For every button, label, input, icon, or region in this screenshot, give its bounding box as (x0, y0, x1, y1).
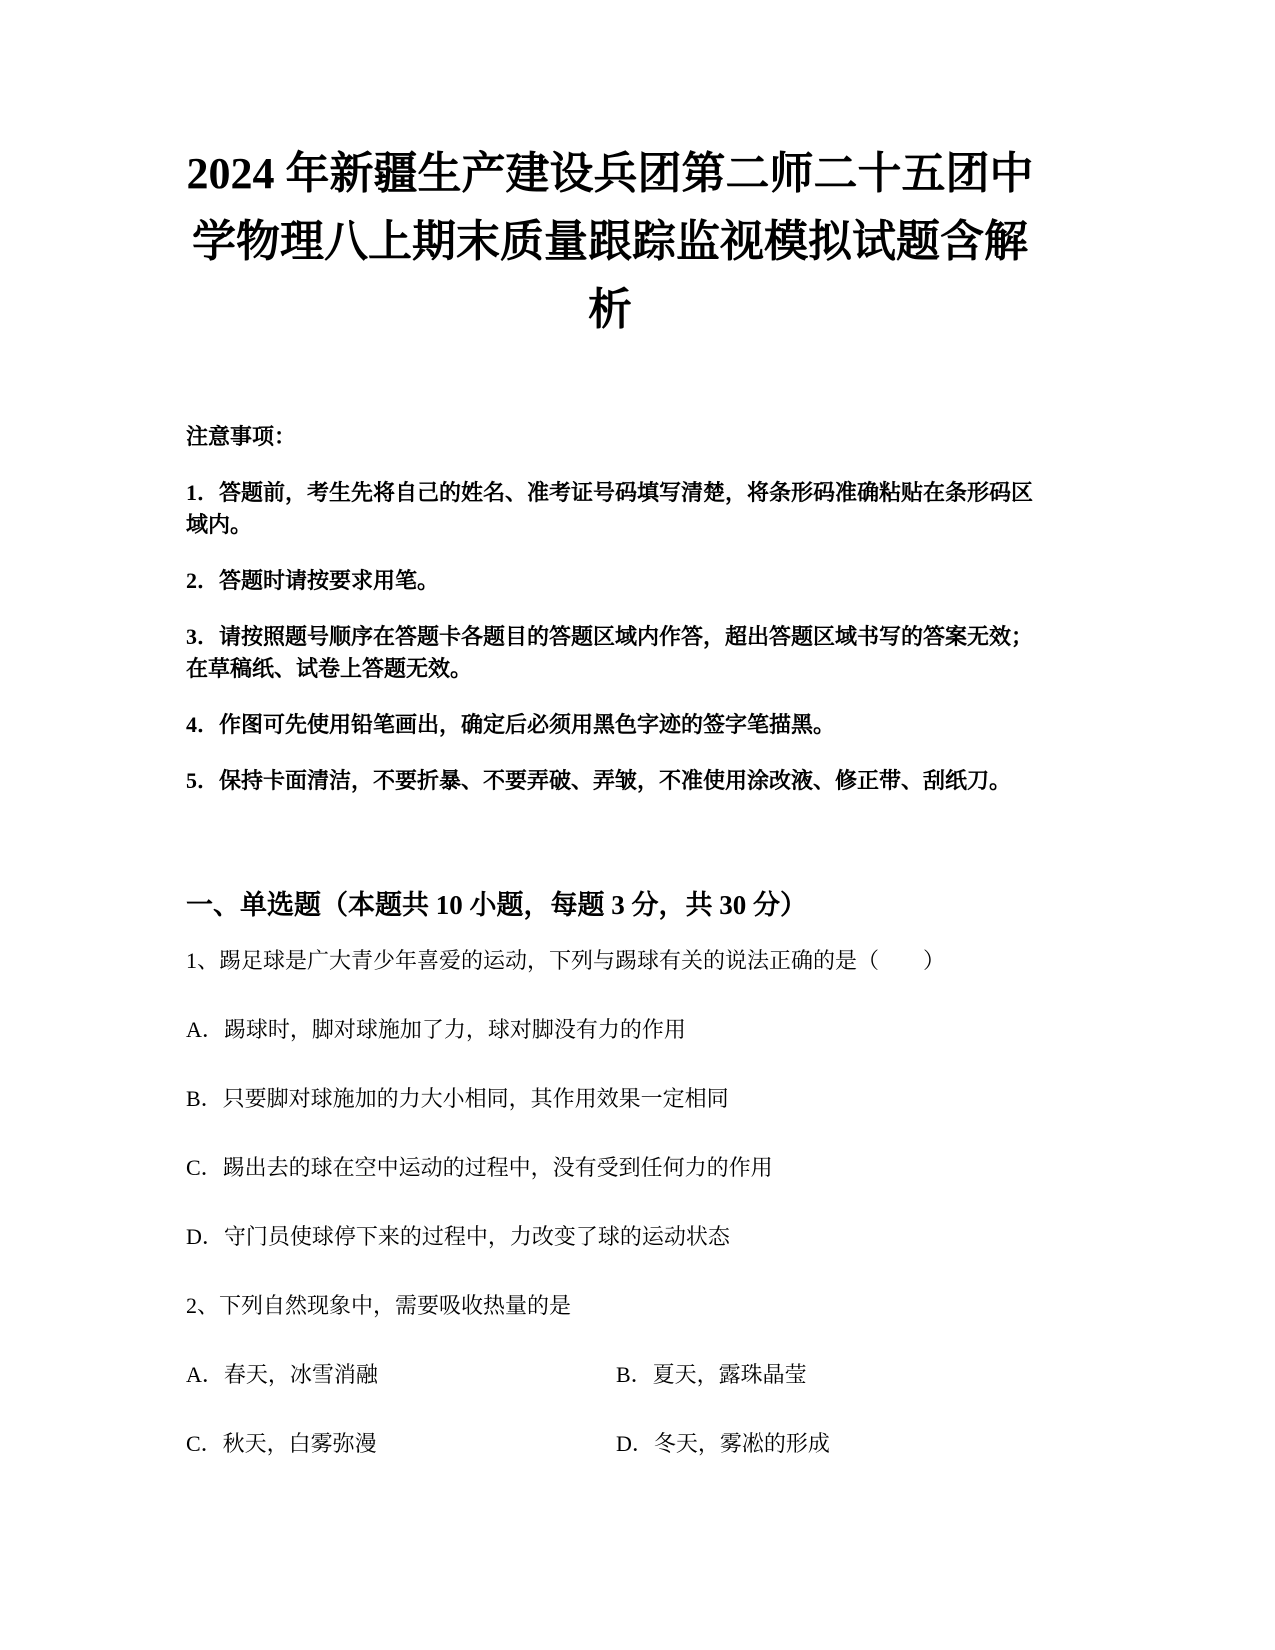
exam-paper-page: 2024 年新疆生产建设兵团第二师二十五团中学物理八上期末质量跟踪监视模拟试题含… (0, 0, 1275, 1650)
question-2-option-d: D．冬天，雾凇的形成 (616, 1428, 830, 1460)
question-1-option-d: D．守门员使球停下来的过程中，力改变了球的运动状态 (186, 1221, 1038, 1253)
question-1-option-a: A．踢球时，脚对球施加了力，球对脚没有力的作用 (186, 1014, 1038, 1046)
question-2-option-b: B．夏天，露珠晶莹 (616, 1359, 807, 1391)
document-body: 注意事项： 1．答题前，考生先将自己的姓名、准考证号码填写清楚，将条形码准确粘贴… (186, 421, 1038, 1460)
document-title: 2024 年新疆生产建设兵团第二师二十五团中学物理八上期末质量跟踪监视模拟试题含… (180, 140, 1040, 344)
notice-item-2: 2．答题时请按要求用笔。 (186, 565, 1038, 597)
notice-item-1: 1．答题前，考生先将自己的姓名、准考证号码填写清楚，将条形码准确粘贴在条形码区域… (186, 477, 1038, 541)
notice-item-4: 4．作图可先使用铅笔画出，确定后必须用黑色字迹的签字笔描黑。 (186, 709, 1038, 741)
question-2-option-a: A．春天，冰雪消融 (186, 1359, 616, 1391)
notice-item-3: 3．请按照题号顺序在答题卡各题目的答题区域内作答，超出答题区域书写的答案无效；在… (186, 621, 1038, 685)
question-2-stem: 2、下列自然现象中，需要吸收热量的是 (186, 1290, 1038, 1322)
question-1-stem: 1、踢足球是广大青少年喜爱的运动，下列与踢球有关的说法正确的是（ ） (186, 945, 1038, 977)
section-heading-single-choice: 一、单选题（本题共 10 小题，每题 3 分，共 30 分） (186, 885, 1038, 925)
question-2-option-row-2: C．秋天，白雾弥漫D．冬天，雾凇的形成 (186, 1428, 1038, 1460)
question-1: 1、踢足球是广大青少年喜爱的运动，下列与踢球有关的说法正确的是（ ） A．踢球时… (186, 945, 1038, 1253)
question-2-option-row-1: A．春天，冰雪消融B．夏天，露珠晶莹 (186, 1359, 1038, 1391)
question-2-option-c: C．秋天，白雾弥漫 (186, 1428, 616, 1460)
question-2: 2、下列自然现象中，需要吸收热量的是 A．春天，冰雪消融B．夏天，露珠晶莹 C．… (186, 1290, 1038, 1460)
question-1-option-b: B．只要脚对球施加的力大小相同，其作用效果一定相同 (186, 1083, 1038, 1115)
question-1-option-c: C．踢出去的球在空中运动的过程中，没有受到任何力的作用 (186, 1152, 1038, 1184)
notice-item-5: 5．保持卡面清洁，不要折暴、不要弄破、弄皱，不准使用涂改液、修正带、刮纸刀。 (186, 765, 1038, 797)
notice-heading: 注意事项： (186, 421, 1038, 453)
